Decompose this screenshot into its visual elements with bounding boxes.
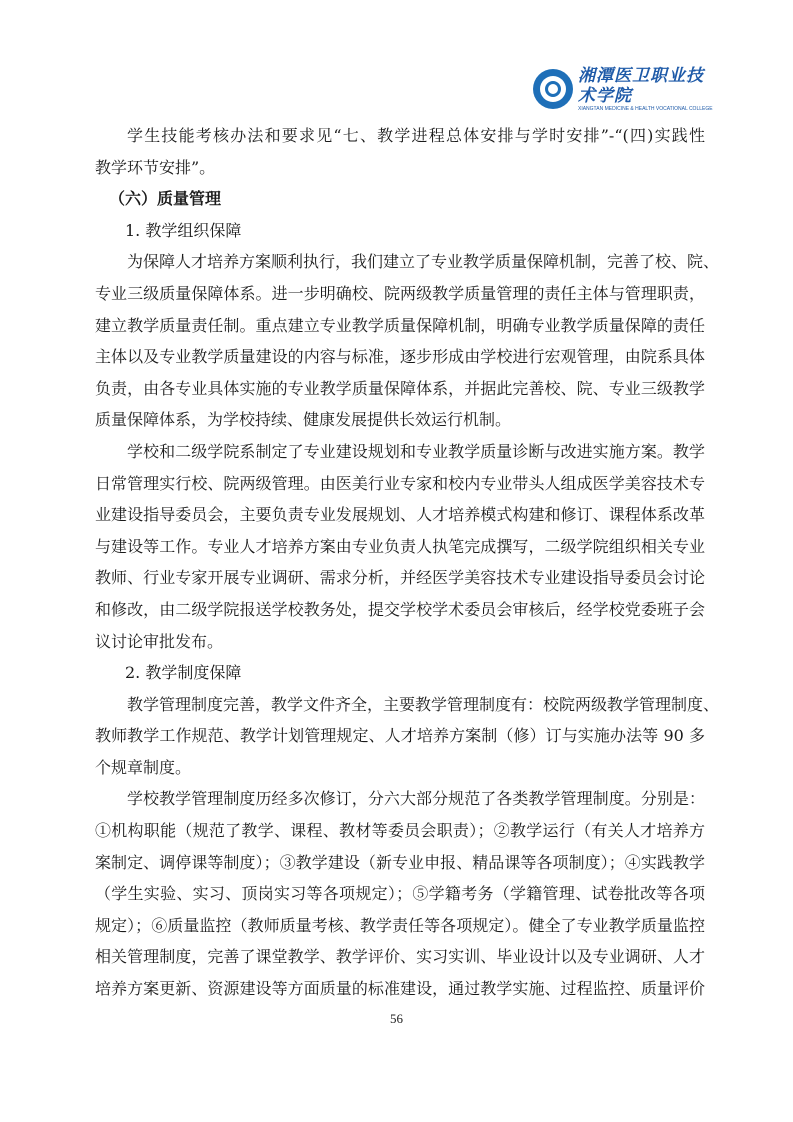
page-number: 56	[0, 1011, 793, 1027]
text-line: 议讨论审批发布。	[95, 626, 705, 658]
text-line: 教师教学工作规范、教学计划管理规定、人才培养方案制（修）订与实施办法等 90 多	[95, 720, 705, 752]
subsection-heading: 1. 教学组织保障	[95, 215, 705, 247]
text-line: 日常管理实行校、院两级管理。由医美行业专家和校内专业带头人组成医学美容技术专	[95, 468, 705, 500]
text-line: 培养方案更新、资源建设等方面质量的标准建设，通过教学实施、过程监控、质量评价	[95, 973, 705, 1005]
text-line: 个规章制度。	[95, 752, 705, 784]
text-line: 教学管理制度完善，教学文件齐全，主要教学管理制度有：校院两级教学管理制度、	[95, 689, 705, 721]
logo-english-name: XIANGTAN MEDICINE & HEALTH VOCATIONAL CO…	[578, 106, 713, 113]
text-line: 业建设指导委员会，主要负责专业发展规划、人才培养模式构建和修订、课程体系改革	[95, 499, 705, 531]
text-line: 学生技能考核办法和要求见“七、教学进程总体安排与学时安排”-“(四)实践性	[95, 120, 705, 152]
text-line: 规定）；⑥质量监控（教师质量考核、教学责任等各项规定）。健全了专业教学质量监控	[95, 910, 705, 942]
text-line: ①机构职能（规范了教学、课程、教材等委员会职责）；②教学运行（有关人才培养方	[95, 815, 705, 847]
text-line: 学校教学管理制度历经多次修订，分六大部分规范了各类教学管理制度。分别是：	[95, 783, 705, 815]
text-line: 教学环节安排”。	[95, 152, 705, 184]
text-line: 负责，由各专业具体实施的专业教学质量保障体系，并据此完善校、院、专业三级教学	[95, 373, 705, 405]
section-heading: （六）质量管理	[95, 183, 705, 215]
text-line: 案制定、调停课等制度）；③教学建设（新专业申报、精品课等各项制度）；④实践教学	[95, 847, 705, 879]
document-body: 学生技能考核办法和要求见“七、教学进程总体安排与学时安排”-“(四)实践性教学环…	[95, 120, 705, 1005]
text-line: （学生实验、实习、顶岗实习等各项规定）；⑤学籍考务（学籍管理、试卷批改等各项	[95, 878, 705, 910]
text-line: 建立教学质量责任制。重点建立专业教学质量保障机制，明确专业教学质量保障的责任	[95, 310, 705, 342]
text-line: 学校和二级学院系制定了专业建设规划和专业教学质量诊断与改进实施方案。教学	[95, 436, 705, 468]
subsection-heading: 2. 教学制度保障	[95, 657, 705, 689]
text-line: 和修改，由二级学院报送学校教务处，提交学校学术委员会审核后，经学校党委班子会	[95, 594, 705, 626]
text-line: 相关管理制度，完善了课堂教学、教学评价、实习实训、毕业设计以及专业调研、人才	[95, 941, 705, 973]
text-line: 教师、行业专家开展专业调研、需求分析，并经医学美容技术专业建设指导委员会讨论	[95, 562, 705, 594]
college-emblem-icon	[533, 69, 573, 109]
logo-chinese-name: 湘潭医卫职业技术学院	[578, 66, 713, 106]
text-line: 专业三级质量保障体系。进一步明确校、院两级教学质量管理的责任主体与管理职责，	[95, 278, 705, 310]
text-line: 主体以及专业教学质量建设的内容与标准，逐步形成由学校进行宏观管理，由院系具体	[95, 341, 705, 373]
text-line: 质量保障体系，为学校持续、健康发展提供长效运行机制。	[95, 404, 705, 436]
logo-text: 湘潭医卫职业技术学院 XIANGTAN MEDICINE & HEALTH VO…	[578, 66, 713, 113]
text-line: 与建设等工作。专业人才培养方案由专业负责人执笔完成撰写，二级学院组织相关专业	[95, 531, 705, 563]
college-logo: 湘潭医卫职业技术学院 XIANGTAN MEDICINE & HEALTH VO…	[533, 68, 713, 110]
text-line: 为保障人才培养方案顺利执行，我们建立了专业教学质量保障机制，完善了校、院、	[95, 246, 705, 278]
